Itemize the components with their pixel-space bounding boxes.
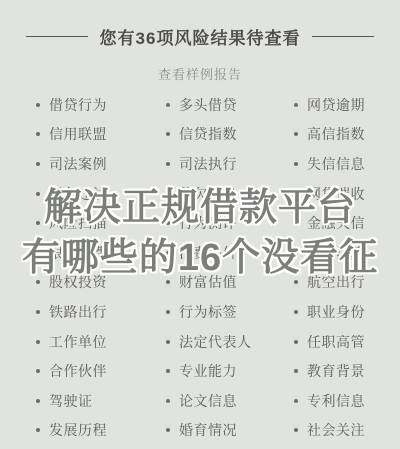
- bullet-icon: [36, 103, 40, 107]
- bullet-icon: [294, 280, 298, 284]
- bullet-icon: [166, 103, 170, 107]
- risk-item-label: 教育背景: [307, 361, 365, 381]
- bullet-icon: [294, 192, 298, 196]
- risk-list-item: 税务违法: [36, 179, 166, 209]
- bullet-icon: [166, 162, 170, 166]
- bullet-icon: [36, 399, 40, 403]
- risk-item-label: 驾驶证: [49, 391, 93, 411]
- risk-list-item: 航空出行: [294, 268, 400, 298]
- risk-item-label: 职业身份: [307, 302, 365, 322]
- bullet-icon: [166, 221, 170, 225]
- risk-item-label: 信用联盟: [49, 124, 107, 144]
- page-title: 您有36项风险结果待查看: [100, 24, 301, 49]
- risk-list-item: 法定代表人: [166, 327, 294, 357]
- risk-item-label: 税务违法: [49, 184, 107, 204]
- risk-item-label: 婚育情况: [179, 420, 237, 440]
- risk-item-label: 司法执行: [179, 154, 237, 174]
- risk-column-3: 网贷逾期高信指数失信信息网贷催收金融失信破产清算航空出行职业身份任职高管教育背景…: [294, 90, 400, 449]
- risk-list-item: 婚育情况: [166, 416, 294, 446]
- risk-item-label: 限制消费: [49, 243, 107, 263]
- risk-list-item: 专利信息: [294, 386, 400, 416]
- bullet-icon: [294, 310, 298, 314]
- risk-list-item: 合作伙伴: [36, 356, 166, 386]
- risk-list-item: 多头借贷: [166, 90, 294, 120]
- bullet-icon: [166, 280, 170, 284]
- risk-list-item: 网贷催收: [294, 179, 400, 209]
- risk-item-label: 工作单位: [49, 332, 107, 352]
- bullet-icon: [166, 310, 170, 314]
- risk-item-label: 破产清算: [307, 243, 365, 263]
- header-left-rule: [26, 36, 88, 37]
- risk-list-item: 职业身份: [294, 297, 400, 327]
- bullet-icon: [166, 428, 170, 432]
- risk-list-item: 信贷指数: [166, 120, 294, 150]
- bullet-icon: [36, 162, 40, 166]
- bullet-icon: [36, 310, 40, 314]
- bullet-icon: [294, 221, 298, 225]
- view-sample-report-button[interactable]: 查看样例报告: [152, 63, 248, 84]
- risk-list-item: 限制消费: [36, 238, 166, 268]
- risk-item-label: 合作伙伴: [49, 361, 107, 381]
- bullet-icon: [36, 369, 40, 373]
- risk-item-label: 股权投资: [49, 272, 107, 292]
- risk-item-label: 法定代表人: [179, 332, 252, 352]
- bullet-icon: [166, 399, 170, 403]
- risk-list-item: 消费评价: [166, 238, 294, 268]
- bullet-icon: [294, 369, 298, 373]
- risk-list-item: 股权投资: [36, 268, 166, 298]
- bullet-icon: [166, 132, 170, 136]
- risk-list-item: 专业能力: [166, 356, 294, 386]
- bullet-icon: [166, 340, 170, 344]
- risk-item-label: 铁路出行: [49, 302, 107, 322]
- risk-item-label: 专利信息: [307, 391, 365, 411]
- risk-list-item: 网贷逾期: [294, 90, 400, 120]
- risk-item-label: 航空出行: [307, 272, 365, 292]
- risk-list-item: 失信信息: [294, 149, 400, 179]
- risk-item-label: 高信指数: [307, 124, 365, 144]
- risk-item-label: 金融失信: [307, 213, 365, 233]
- risk-list-item: 论文信息: [166, 386, 294, 416]
- risk-list-item: 高信指数: [294, 120, 400, 150]
- risk-list-item: 金融失信: [294, 208, 400, 238]
- bullet-icon: [166, 192, 170, 196]
- bullet-icon: [294, 162, 298, 166]
- header: 您有36项风险结果待查看: [0, 0, 400, 49]
- risk-item-label: 风险扫描: [49, 213, 107, 233]
- bullet-icon: [294, 428, 298, 432]
- risk-list-item: 司法执行: [166, 149, 294, 179]
- risk-item-label: 多头借贷: [179, 95, 237, 115]
- risk-list-item: 铁路出行: [36, 297, 166, 327]
- risk-item-label: 失信信息: [307, 154, 365, 174]
- risk-list-item: 工作单位: [36, 327, 166, 357]
- risk-item-label: 财富估值: [179, 272, 237, 292]
- bullet-icon: [166, 369, 170, 373]
- risk-item-label: 信贷指数: [179, 124, 237, 144]
- bullet-icon: [294, 103, 298, 107]
- bullet-icon: [294, 132, 298, 136]
- bullet-icon: [36, 221, 40, 225]
- bullet-icon: [36, 192, 40, 196]
- bullet-icon: [36, 340, 40, 344]
- bullet-icon: [36, 428, 40, 432]
- bullet-icon: [294, 251, 298, 255]
- risk-item-label: 司法案例: [49, 154, 107, 174]
- risk-column-2: 多头借贷信贷指数司法执行催欠公告行为测评消费评价财富估值行为标签法定代表人专业能…: [166, 90, 294, 449]
- risk-list-item: 财富估值: [166, 268, 294, 298]
- risk-item-label: 发展历程: [49, 420, 107, 440]
- risk-list-item: 司法案例: [36, 149, 166, 179]
- risk-item-label: 社会关注: [307, 420, 365, 440]
- risk-list-item: 任职高管: [294, 327, 400, 357]
- risk-list-item: 行为标签: [166, 297, 294, 327]
- risk-item-label: 网贷逾期: [307, 95, 365, 115]
- risk-list-item: 破产清算: [294, 238, 400, 268]
- risk-list-item: 发展历程: [36, 416, 166, 446]
- risk-item-grid: 借贷行为信用联盟司法案例税务违法风险扫描限制消费股权投资铁路出行工作单位合作伙伴…: [0, 90, 400, 449]
- risk-list-item: 驾驶证: [36, 386, 166, 416]
- bullet-icon: [36, 132, 40, 136]
- bullet-icon: [36, 280, 40, 284]
- risk-item-label: 催欠公告: [179, 184, 237, 204]
- risk-list-item: 行为测评: [166, 208, 294, 238]
- risk-item-label: 网贷催收: [307, 184, 365, 204]
- bullet-icon: [294, 340, 298, 344]
- header-right-rule: [312, 36, 374, 37]
- risk-item-label: 论文信息: [179, 391, 237, 411]
- risk-item-label: 消费评价: [179, 243, 237, 263]
- risk-item-label: 借贷行为: [49, 95, 107, 115]
- risk-list-item: 催欠公告: [166, 179, 294, 209]
- risk-item-label: 行为标签: [179, 302, 237, 322]
- risk-item-label: 任职高管: [307, 332, 365, 352]
- bullet-icon: [36, 251, 40, 255]
- risk-list-item: 社会关注: [294, 416, 400, 446]
- risk-column-1: 借贷行为信用联盟司法案例税务违法风险扫描限制消费股权投资铁路出行工作单位合作伙伴…: [36, 90, 166, 449]
- risk-item-label: 专业能力: [179, 361, 237, 381]
- risk-item-label: 行为测评: [179, 213, 237, 233]
- risk-list-item: 教育背景: [294, 356, 400, 386]
- bullet-icon: [294, 399, 298, 403]
- risk-list-item: 信用联盟: [36, 120, 166, 150]
- risk-list-item: 风险扫描: [36, 208, 166, 238]
- risk-report-screen: 您有36项风险结果待查看 查看样例报告 借贷行为信用联盟司法案例税务违法风险扫描…: [0, 0, 400, 449]
- bullet-icon: [166, 251, 170, 255]
- risk-list-item: 借贷行为: [36, 90, 166, 120]
